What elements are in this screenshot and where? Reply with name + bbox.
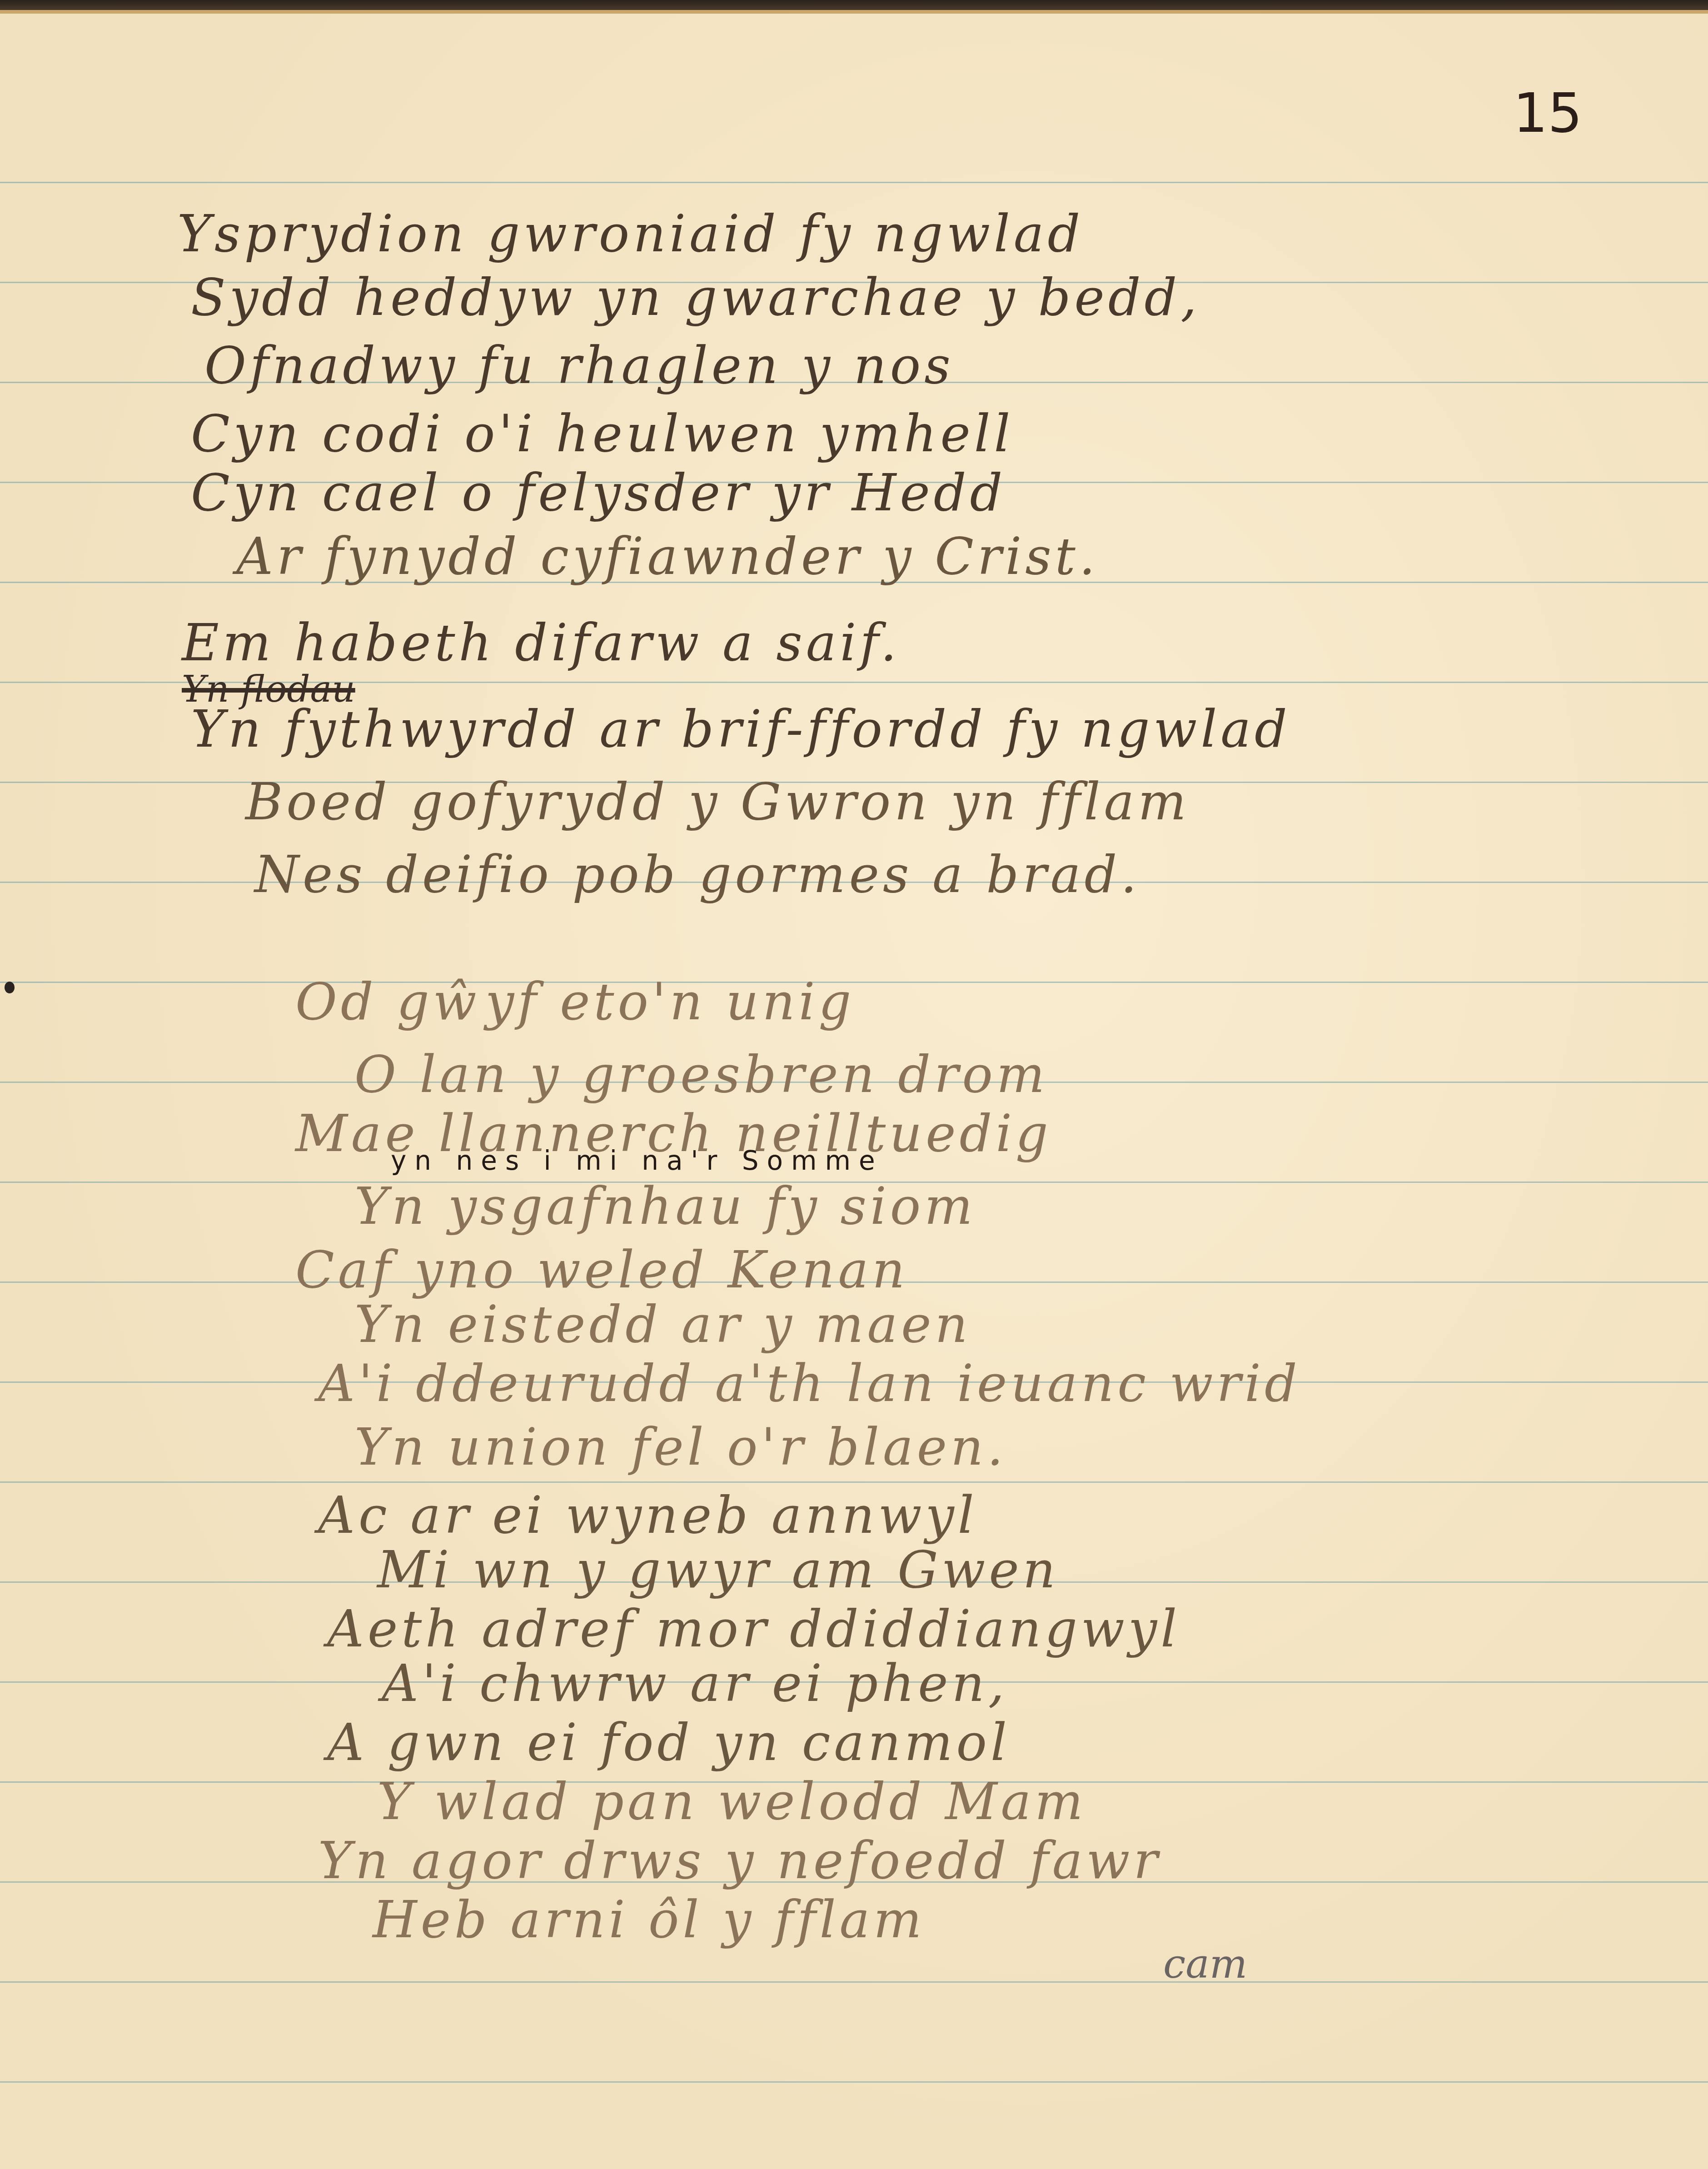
ruled-line [0,1981,1708,1983]
notebook-page: 15 Ysprydion gwroniaid fy ngwlad Sydd he… [0,14,1708,2169]
poem-line: O lan y groesbren drom [354,1045,1048,1104]
poem-line: Yn ysgafnhau fy siom [354,1177,976,1236]
poem-line: Yn union fel o'r blaen. [354,1418,1007,1477]
poem-line: Cyn codi o'i heulwen ymhell [191,404,1014,464]
poem-line: Sydd heddyw yn gwarchae y bedd, [191,268,1200,327]
poem-line: A'i ddeurudd a'th lan ieuanc wrid [318,1354,1301,1413]
ruled-line [0,182,1708,183]
poem-line: Ofnadwy fu rhaglen y nos [204,336,954,395]
page-number: 15 [1513,82,1583,145]
ink-blot [5,982,15,993]
poem-line: Boed gofyrydd y Gwron yn fflam [245,773,1190,832]
poem-line: Em habeth difarw a saif. [182,613,900,673]
poem-line: Y wlad pan welodd Mam [377,1772,1087,1831]
ruled-line [0,1481,1708,1483]
poem-line: Nes deifio pob gormes a brad. [254,845,1140,904]
poem-line: Yn agor drws y nefoedd fawr [318,1831,1161,1890]
poem-line: Od gŵyf eto'n unig [295,972,855,1032]
poem-line: Aeth adref mor ddiddiangwyl [327,1600,1180,1659]
poem-line: Caf yno weled Kenan [295,1241,909,1300]
pencil-annotation: cam [1163,1940,1247,1987]
poem-line: Yn eistedd ar y maen [354,1295,971,1354]
poem-line: A'i chwrw ar ei phen, [382,1654,1008,1713]
poem-line: Ar fynydd cyfiawnder y Crist. [236,527,1099,586]
poem-line: Cyn cael o felysder yr Hedd [191,464,1006,523]
poem-line: Ac ar ei wyneb annwyl [318,1486,978,1545]
poem-line: A gwn ei fod yn canmol [327,1713,1011,1772]
poem-line: Ysprydion gwroniaid fy ngwlad [177,204,1084,264]
poem-line: Mi wn y gwyr am Gwen [377,1541,1059,1600]
page-top-edge [0,10,1708,14]
ruled-line [0,2081,1708,2083]
interlinear-note: yn nes i mi na'r Somme [391,1145,883,1176]
book-spine-edge [0,0,1708,10]
poem-line: Yn fythwyrdd ar brif-ffordd fy ngwlad [191,700,1291,759]
poem-line: Heb arni ôl y fflam [373,1890,926,1950]
